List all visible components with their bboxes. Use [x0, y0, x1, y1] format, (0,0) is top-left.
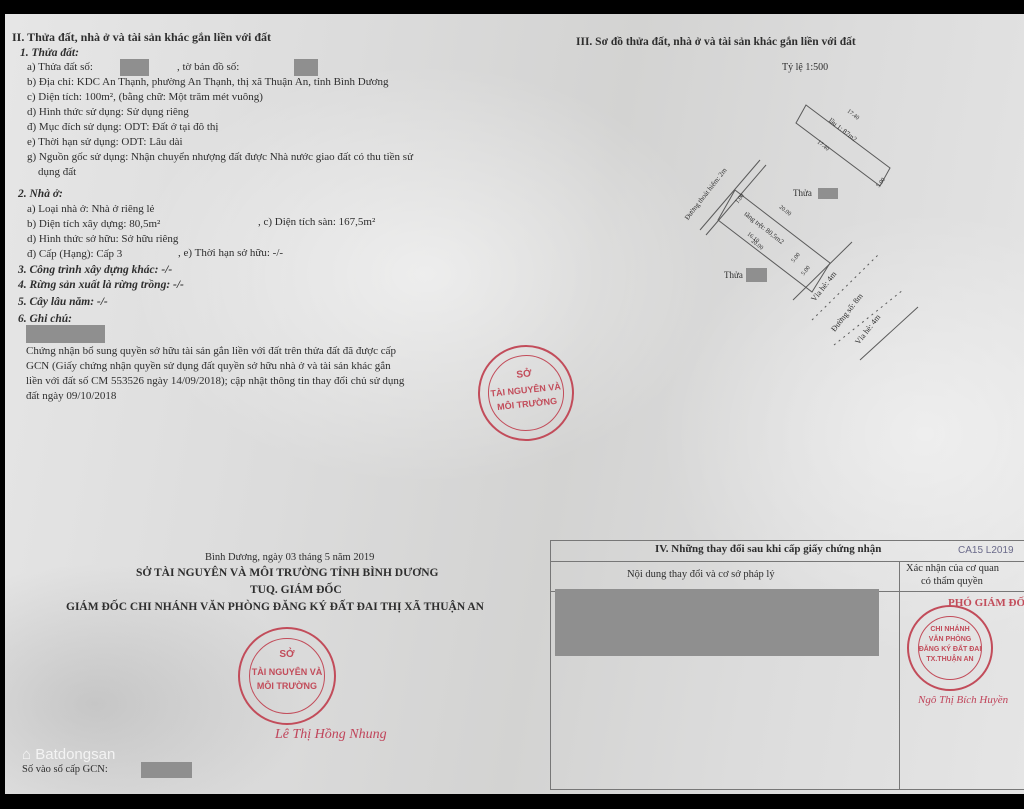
land-usage-form: d) Hình thức sử dụng: Sử dụng riêng — [27, 106, 189, 118]
issuing-org: SỞ TÀI NGUYÊN VÀ MÔI TRƯỜNG TỈNH BÌNH DƯ… — [136, 567, 438, 579]
neighbor-plot-label: Thửa — [793, 188, 812, 198]
land-usage-purpose: đ) Mục đích sử dụng: ODT: Đất ở tại đô t… — [27, 121, 219, 133]
redacted-note — [26, 325, 105, 343]
confirmation-stamp: CHI NHÁNH VĂN PHÒNG ĐĂNG KÝ ĐẤT ĐAI TX.T… — [907, 605, 993, 691]
land-plot-number-label: a) Thửa đất số: — [27, 61, 93, 73]
official-stamp: SỞ TÀI NGUYÊN VÀ MÔI TRƯỜNG — [238, 627, 336, 725]
section-3-title: III. Sơ đồ thửa đất, nhà ở và tài sản kh… — [576, 36, 856, 48]
branch-director-title: GIÁM ĐỐC CHI NHÁNH VĂN PHÒNG ĐĂNG KÝ ĐẤT… — [66, 601, 484, 613]
tuq-director: TUQ. GIÁM ĐỐC — [250, 584, 342, 596]
note-line: liền với đất số CM 553526 ngày 14/09/201… — [26, 375, 404, 387]
issue-date: Bình Dương, ngày 03 tháng 5 năm 2019 — [205, 552, 374, 563]
house-grade: đ) Cấp (Hạng): Cấp 3 — [27, 248, 122, 260]
house-floor-area: , c) Diện tích sàn: 167,5m² — [258, 216, 375, 228]
redacted-neighbor-plot — [746, 268, 767, 282]
section-4-title: IV. Những thay đổi sau khi cấp giấy chứn… — [655, 543, 881, 555]
section-2-title: II. Thửa đất, nhà ở và tài sản khác gắn … — [12, 30, 271, 45]
note-line: GCN (Giấy chứng nhận quyền sử dụng đất q… — [26, 360, 391, 372]
redacted-change-content — [555, 589, 879, 656]
land-heading: 1. Thửa đất: — [20, 47, 79, 59]
house-logo-icon: ⌂ — [22, 746, 31, 763]
col-header-confirm: Xác nhận của cơ quan — [906, 563, 999, 574]
watermark-batdongsan: ⌂ Batdongsan — [22, 746, 115, 763]
confirm-signer-name: Ngô Thị Bích Huyền — [918, 694, 1008, 706]
note-line: đất ngày 09/10/2018 — [26, 390, 116, 402]
col-header-confirm-2: có thẩm quyền — [921, 576, 983, 587]
house-build-area: b) Diện tích xây dựng: 80,5m² — [27, 218, 160, 230]
other-construction: 3. Công trình xây dựng khác: -/- — [18, 264, 172, 276]
land-origin-cont: dụng đất — [38, 166, 76, 178]
land-address: b) Địa chỉ: KDC An Thạnh, phường An Thạn… — [27, 76, 389, 88]
cert-book-label: Số vào sổ cấp GCN: — [22, 764, 108, 775]
signer-name: Lê Thị Hồng Nhung — [275, 727, 387, 743]
land-usage-term: e) Thời hạn sử dụng: ODT: Lâu dài — [27, 136, 183, 148]
note-line: Chứng nhận bổ sung quyền sở hữu tài sản … — [26, 345, 396, 357]
house-heading: 2. Nhà ở: — [18, 188, 63, 200]
diagram-scale: Tỷ lệ 1:500 — [782, 62, 828, 73]
perennial-trees: 5. Cây lâu năm: -/- — [18, 296, 108, 308]
col-header-content: Nội dung thay đổi và cơ sở pháp lý — [627, 569, 775, 580]
land-area: c) Diện tích: 100m², (bằng chữ: Một trăm… — [27, 91, 263, 103]
notes-heading: 6. Ghi chú: — [18, 313, 72, 325]
redacted-neighbor-plot — [818, 188, 838, 199]
production-forest: 4. Rừng sản xuất là rừng trồng: -/- — [18, 279, 184, 291]
house-type: a) Loại nhà ở: Nhà ở riêng lẻ — [27, 203, 154, 215]
redacted-plot-number — [120, 59, 149, 76]
land-origin: g) Nguồn gốc sử dụng: Nhận chuyển nhượng… — [27, 151, 413, 163]
house-ownership-term: , e) Thời hạn sở hữu: -/- — [178, 247, 283, 259]
house-ownership: d) Hình thức sở hữu: Sở hữu riêng — [27, 233, 178, 245]
redacted-cert-book-number — [141, 762, 192, 778]
redacted-map-sheet — [294, 59, 318, 76]
land-map-sheet-label: , tờ bản đồ số: — [177, 61, 239, 73]
handwritten-ref-code: CA15 L2019 — [958, 545, 1014, 556]
neighbor-plot-label: Thửa — [724, 270, 743, 280]
